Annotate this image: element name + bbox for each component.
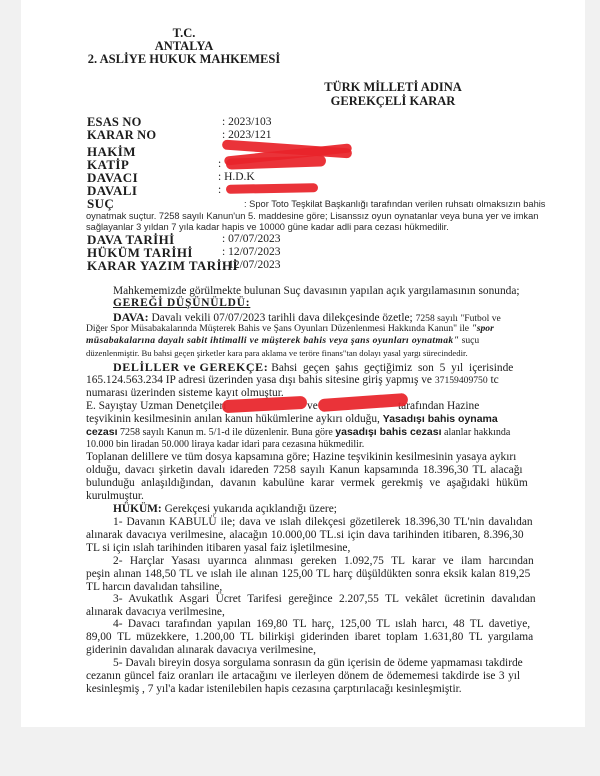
redaction-mark-auditor-2 [318,393,409,412]
hukum-text: Gerekçesi yukarıda açıklandığı üzere; [165,503,337,515]
intro-text: Mahkememizde görülmekte bulunan Suç dava… [113,285,520,297]
sayistay-line-2: teşvikinin kesilmesinin anılan kanun hük… [86,413,498,425]
sayistay-bold-2: cezası [86,426,118,438]
sayistay-line-1c: tarafından Hazine [398,400,479,412]
dava-line-3: müsabakalarına dayalı sabit ihtimalli ve… [86,335,479,346]
sayistay-line-1a: E. Sayıştay Uzman Denetçileri [86,400,226,412]
verdict-item-2-line-1: 2- Harçlar Yasası uyarınca alınması gere… [113,555,534,567]
deliller-ip: 165.124.563.234 IP adresi üzerinden yasa… [86,374,432,386]
gerekcesi-heading: GEREĞİ DÜŞÜNÜLDÜ: [113,297,250,309]
deliller-line-2: 165.124.563.234 IP adresi üzerinden yasa… [86,374,499,386]
dava-line-4: düzenlenmiştir. Bu bahsi geçen şirketler… [86,348,468,358]
redaction-mark-katip [226,155,326,169]
verdict-item-3-line-2: alınarak davacıya verilmesine, [86,606,225,618]
toplanan-line-1: Toplanan delillere ve tüm dosya kapsamın… [86,451,516,463]
verdict-item-1-line-2: alınarak davacıya verilmesine, alacağın … [86,529,524,541]
sayistay-text-2: alanlar hakkında [444,427,510,438]
dava-label: DAVA: [113,310,149,324]
katip-colon: : [218,158,221,170]
dava-quote: müsabakalarına dayalı sabit ihtimalli ve… [86,335,459,346]
toplanan-line-4: kurulmuştur. [86,490,144,502]
toplanan-line-3: bulunduğu anlaşıldığından, davanın kabul… [86,477,528,489]
verdict-item-2-line-3: TL harcın davalıdan tahsiline, [86,581,222,593]
verdict-item-4-line-1: 4- Davacı tarafından yapılan 169,80 TL h… [113,618,530,630]
deliller-line-1: DELİLLER ve GEREKÇE: Bahsi geçen şahıs g… [113,360,513,375]
verdict-item-5-line-2: cezanın güncel faiz oranları ile artacağ… [86,670,520,682]
sayistay-line-3: cezası 7258 sayılı Kanun m. 5/1-d ile dü… [86,426,510,438]
hukum-line: HÜKÜM: Gerekçesi yukarıda açıklandığı üz… [113,503,337,515]
verdict-item-4-line-3: giderinin davalıdan alınarak davacıya ve… [86,644,316,656]
davaci-value: : H.D.K [218,171,255,183]
toplanan-line-2: olduğu, davacı şirketin davalı idareden … [86,464,523,476]
verdict-item-2-line-2: peşin alınan 148,50 TL ve ıslah ile alın… [86,568,530,580]
redaction-mark-davali [226,183,318,194]
karar-yazim-tarihi-value: : 12/07/2023 [222,259,280,271]
deliller-tc-no: 37159409750 [435,375,488,386]
verdict-item-1-line-1: 1- Davanın KABULÜ ile; dava ve ıslah dil… [113,516,533,528]
verdict-item-3-line-1: 3- Avukatlık Asgari Ücret Tarifesi gereğ… [113,593,536,605]
sayistay-line-1b: ve [307,400,318,412]
karar-yazim-tarihi-label: KARAR YAZIM TARİHİ [87,258,238,274]
header-nation: TÜRK MİLLETİ ADINA [293,80,493,95]
verdict-item-4-line-2: 89,00 TL müzekkere, 1.200,00 TL bilirkiş… [86,631,533,643]
suc-line-3: sağlayanlar 3 yıldan 7 yıla kadar hapis … [86,222,449,232]
deliller-line-3: numarası üzerinden sisteme kayıt olmuştu… [86,387,284,399]
hukum-tarihi-value: : 12/07/2023 [222,246,280,258]
decision-title: GEREKÇELİ KARAR [293,94,493,109]
suc-line-1: : Spor Toto Teşkilat Başkanlığı tarafınd… [244,199,545,209]
esas-no-value: : 2023/103 [222,116,272,128]
deliller-tc: tc [490,374,498,386]
suc-line-2: oynatmak suçtur. 7258 sayılı Kanun'un 5.… [86,211,538,221]
verdict-item-5-line-3: kesinleşmiş , 7 yıl'a kadar istenilebile… [86,683,462,695]
suc-label: SUÇ [87,196,114,212]
deliller-text: Bahsi geçen şahıs geçtiğimiz son 5 yıl i… [271,362,513,374]
sayistay-law: 7258 sayılı Kanun m. 5/1-d ile düzenleni… [120,427,333,438]
sayistay-text: teşvikinin kesilmesinin anılan kanun hük… [86,413,380,425]
sayistay-bold-3: yasadışı bahis cezası [335,426,441,438]
davali-colon: : [218,184,221,196]
deliller-label: DELİLLER ve GEREKÇE: [113,360,268,374]
sayistay-line-4: 10.000 bin liradan 50.000 liraya kadar i… [86,439,364,450]
dava-quote-start: "spor [471,323,493,334]
dava-line-2: Diğer Spor Müsabakalarında Müşterek Bahi… [86,323,494,334]
verdict-item-5-line-1: 5- Davalı bireyin dosya sorgulama sonras… [113,657,523,669]
dava-law-name: Diğer Spor Müsabakalarında Müşterek Bahi… [86,323,469,334]
dava-quote-end: suçu [462,335,480,346]
court-decision-document: T.C. ANTALYA 2. ASLİYE HUKUK MAHKEMESİ T… [0,0,600,776]
karar-no-label: KARAR NO [87,128,156,143]
sayistay-bold-1: Yasadışı bahis oynama [383,413,498,425]
verdict-item-1-line-3: TL si için ıslah tarihinden itibaren yas… [86,542,350,554]
header-court: 2. ASLİYE HUKUK MAHKEMESİ [34,52,334,67]
hukum-label: HÜKÜM: [113,503,162,515]
dava-tarihi-value: : 07/07/2023 [222,233,280,245]
